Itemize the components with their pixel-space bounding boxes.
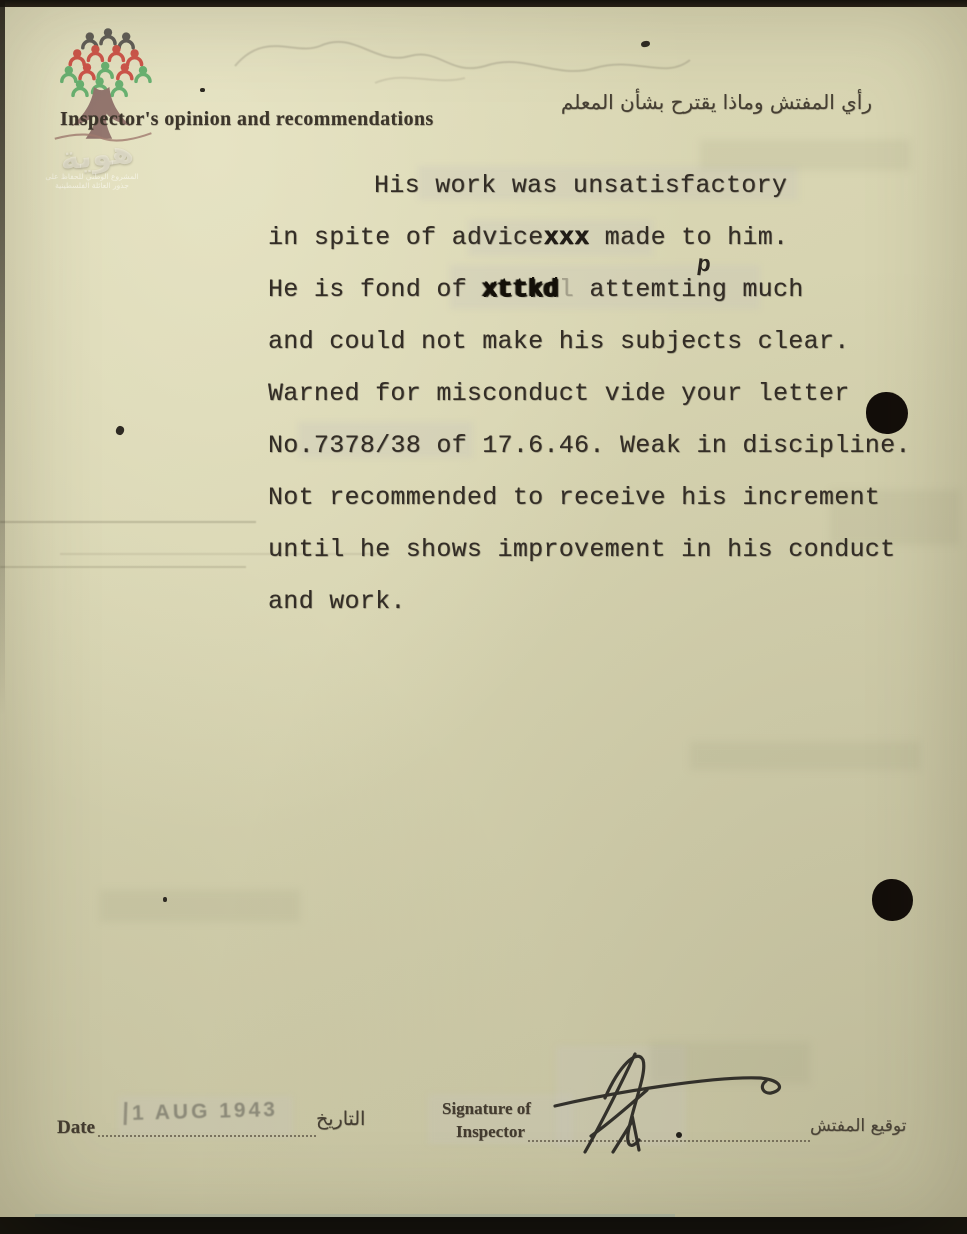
typed-line-9: and work. — [268, 576, 928, 628]
typed-segment: He is fond of — [268, 275, 482, 304]
signature-label-arabic: توقيع المفتش — [810, 1116, 906, 1136]
crease-line — [0, 521, 256, 523]
date-stamp: 1 AUG 1943 — [132, 1098, 279, 1126]
signature-label-line2: Inspector — [442, 1120, 531, 1143]
section-title-english: Inspector's opinion and recommendations — [60, 108, 434, 131]
date-fill-line — [98, 1135, 316, 1137]
watermark-tagline-line2: جذور العائلة الفلسطينية — [44, 181, 140, 190]
crease-line — [0, 566, 246, 568]
inspector-signature-scribble — [535, 1040, 795, 1160]
watermark-tagline: المشروع الوطني للحفاظ على جذور العائلة ا… — [44, 172, 140, 190]
typed-segment: in spite of advice — [268, 223, 543, 252]
struck-out-segment: xttkd — [482, 275, 559, 304]
typed-report-text: His work was unsatisfactory in spite of … — [268, 160, 928, 628]
typed-line-7: Not recommended to receive his increment — [268, 472, 928, 524]
typed-line-3: He is fond of xttkdl attemting much — [268, 264, 928, 316]
hole-punch-mark — [872, 879, 913, 921]
ink-speck — [115, 425, 126, 436]
watermark-wordmark: هوية — [58, 132, 135, 177]
typed-line-6: No.7378/38 of 17.6.46. Weak in disciplin… — [268, 420, 928, 472]
pencil-scribble — [225, 8, 705, 103]
typed-segment: made to him. — [589, 223, 788, 252]
ink-speck — [163, 897, 167, 902]
bleedthrough-mark — [690, 742, 920, 770]
scanned-document-page: هوية المشروع الوطني للحفاظ على جذور العا… — [0, 0, 967, 1234]
date-label-arabic: التاريخ — [316, 1108, 365, 1130]
ink-speck — [200, 88, 205, 92]
bleedthrough-mark — [100, 890, 300, 922]
typed-line-5: Warned for misconduct vide your letter — [268, 368, 928, 420]
faded-segment: l — [559, 275, 590, 304]
scan-edge-bottom — [0, 1217, 967, 1234]
hole-punch-mark — [866, 392, 908, 434]
date-label: Date — [57, 1117, 95, 1139]
signature-label: Signature of Inspector — [442, 1097, 531, 1143]
signature-label-line1: Signature of — [442, 1097, 531, 1120]
overtyped-segment: xxx — [543, 223, 589, 252]
typed-line-4: and could not make his subjects clear. — [268, 316, 928, 368]
scan-edge-left — [0, 0, 5, 716]
typed-line-2: in spite of advicexxx made to him. — [268, 212, 928, 264]
typed-line-1: His work was unsatisfactory — [268, 160, 928, 212]
typed-segment: attemting much — [589, 275, 803, 304]
scan-edge-top — [0, 0, 967, 7]
typed-line-8: until he shows improvement in his conduc… — [268, 524, 928, 576]
section-title-arabic: رأي المفتش وماذا يقترح بشأن المعلم — [561, 90, 872, 114]
watermark-tagline-line1: المشروع الوطني للحفاظ على — [44, 172, 140, 181]
